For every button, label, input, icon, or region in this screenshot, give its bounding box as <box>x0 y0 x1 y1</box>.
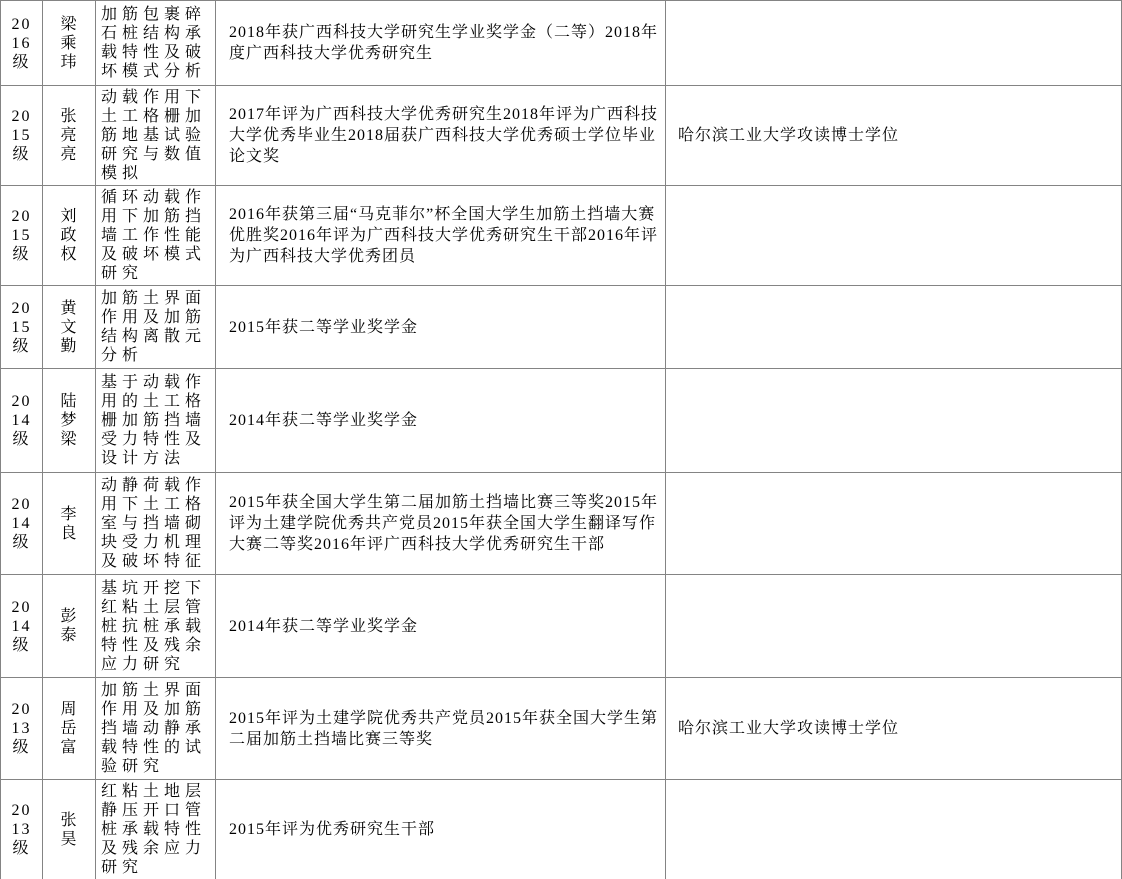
awards-cell: 2015年评为土建学院优秀共产党员2015年获全国大学生第二届加筋土挡墙比赛三等… <box>216 678 666 780</box>
student-roster-table: 2016级 梁乘玮 加筋包裹碎石桩结构承载特性及破坏模式分析 2018年获广西科… <box>0 0 1122 879</box>
note-cell: 哈尔滨工业大学攻读博士学位 <box>666 86 1122 186</box>
grade-cell: 2014级 <box>1 369 43 473</box>
grade-cell: 2013级 <box>1 780 43 879</box>
table-row: 2016级 梁乘玮 加筋包裹碎石桩结构承载特性及破坏模式分析 2018年获广西科… <box>1 1 1122 86</box>
note-cell <box>666 575 1122 678</box>
note-cell <box>666 286 1122 369</box>
topic-cell: 加筋土界面作用及加筋挡墙动静承载特性的试验研究 <box>96 678 216 780</box>
table-row: 2015级 张亮亮 动载作用下土工格栅加筋地基试验研究与数值模拟 2017年评为… <box>1 86 1122 186</box>
grade-cell: 2014级 <box>1 575 43 678</box>
table-row: 2014级 陆梦梁 基于动载作用的土工格栅加筋挡墙受力特性及设计方法 2014年… <box>1 369 1122 473</box>
awards-cell: 2016年获第三届“马克菲尔”杯全国大学生加筋土挡墙大赛优胜奖2016年评为广西… <box>216 186 666 286</box>
note-cell <box>666 473 1122 575</box>
awards-cell: 2017年评为广西科技大学优秀研究生2018年评为广西科技大学优秀毕业生2018… <box>216 86 666 186</box>
table-body: 2016级 梁乘玮 加筋包裹碎石桩结构承载特性及破坏模式分析 2018年获广西科… <box>1 1 1122 879</box>
awards-cell: 2018年获广西科技大学研究生学业奖学金（二等）2018年度广西科技大学优秀研究… <box>216 1 666 86</box>
topic-cell: 动载作用下土工格栅加筋地基试验研究与数值模拟 <box>96 86 216 186</box>
awards-cell: 2015年获二等学业奖学金 <box>216 286 666 369</box>
awards-cell: 2015年获全国大学生第二届加筋土挡墙比赛三等奖2015年评为土建学院优秀共产党… <box>216 473 666 575</box>
grade-cell: 2015级 <box>1 286 43 369</box>
note-cell <box>666 1 1122 86</box>
page: 2016级 梁乘玮 加筋包裹碎石桩结构承载特性及破坏模式分析 2018年获广西科… <box>0 0 1122 879</box>
grade-cell: 2015级 <box>1 86 43 186</box>
awards-cell: 2015年评为优秀研究生干部 <box>216 780 666 879</box>
table-row: 2014级 彭泰 基坑开挖下红粘土层管桩抗桩承载特性及残余应力研究 2014年获… <box>1 575 1122 678</box>
table-row: 2015级 刘政权 循环动载作用下加筋挡墙工作性能及破坏模式研究 2016年获第… <box>1 186 1122 286</box>
table-row: 2015级 黄文勤 加筋土界面作用及加筋结构离散元分析 2015年获二等学业奖学… <box>1 286 1122 369</box>
awards-cell: 2014年获二等学业奖学金 <box>216 575 666 678</box>
note-cell <box>666 780 1122 879</box>
grade-cell: 2016级 <box>1 1 43 86</box>
table-row: 2013级 周岳富 加筋土界面作用及加筋挡墙动静承载特性的试验研究 2015年评… <box>1 678 1122 780</box>
name-cell: 周岳富 <box>43 678 96 780</box>
topic-cell: 红粘土地层静压开口管桩承载特性及残余应力研究 <box>96 780 216 879</box>
table-row: 2013级 张昊 红粘土地层静压开口管桩承载特性及残余应力研究 2015年评为优… <box>1 780 1122 879</box>
name-cell: 刘政权 <box>43 186 96 286</box>
note-cell <box>666 369 1122 473</box>
awards-cell: 2014年获二等学业奖学金 <box>216 369 666 473</box>
topic-cell: 加筋土界面作用及加筋结构离散元分析 <box>96 286 216 369</box>
name-cell: 张昊 <box>43 780 96 879</box>
name-cell: 张亮亮 <box>43 86 96 186</box>
grade-cell: 2014级 <box>1 473 43 575</box>
topic-cell: 循环动载作用下加筋挡墙工作性能及破坏模式研究 <box>96 186 216 286</box>
grade-cell: 2015级 <box>1 186 43 286</box>
name-cell: 黄文勤 <box>43 286 96 369</box>
name-cell: 梁乘玮 <box>43 1 96 86</box>
topic-cell: 加筋包裹碎石桩结构承载特性及破坏模式分析 <box>96 1 216 86</box>
note-cell <box>666 186 1122 286</box>
name-cell: 李良 <box>43 473 96 575</box>
name-cell: 彭泰 <box>43 575 96 678</box>
note-cell: 哈尔滨工业大学攻读博士学位 <box>666 678 1122 780</box>
grade-cell: 2013级 <box>1 678 43 780</box>
topic-cell: 基于动载作用的土工格栅加筋挡墙受力特性及设计方法 <box>96 369 216 473</box>
name-cell: 陆梦梁 <box>43 369 96 473</box>
topic-cell: 基坑开挖下红粘土层管桩抗桩承载特性及残余应力研究 <box>96 575 216 678</box>
topic-cell: 动静荷载作用下土工格室与挡墙砌块受力机理及破坏特征 <box>96 473 216 575</box>
table-row: 2014级 李良 动静荷载作用下土工格室与挡墙砌块受力机理及破坏特征 2015年… <box>1 473 1122 575</box>
